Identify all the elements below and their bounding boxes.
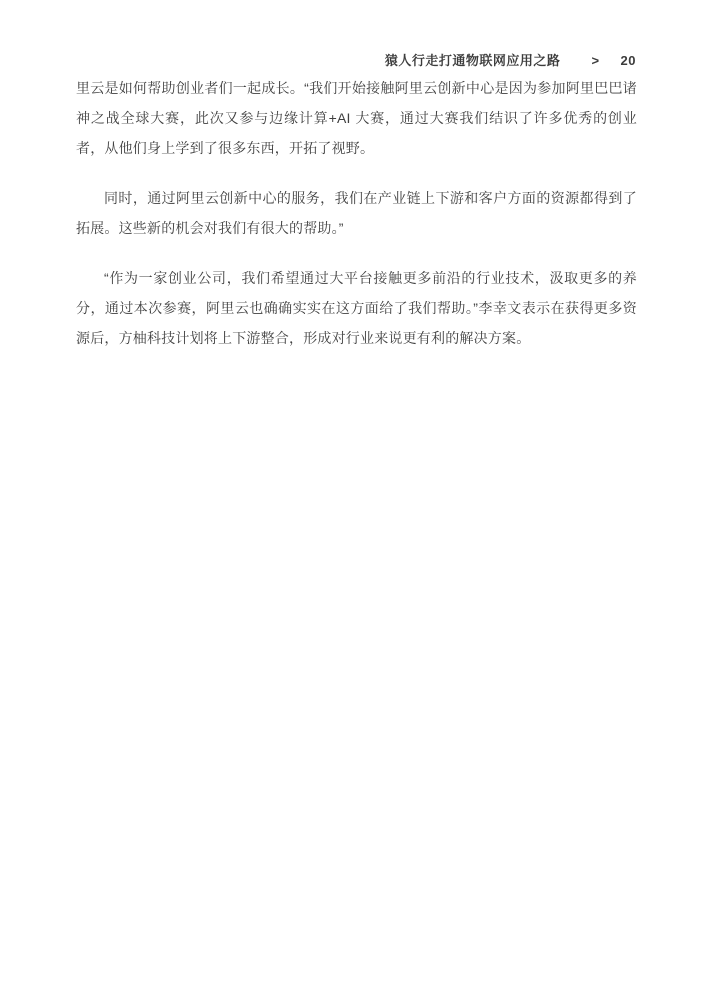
running-header-title: 猿人行走打通物联网应用之路 [385,50,561,69]
document-body: 里云是如何帮助创业者们一起成长。“我们开始接触阿里云创新中心是因为参加阿里巴巴诸… [76,73,637,373]
paragraph: 里云是如何帮助创业者们一起成长。“我们开始接触阿里云创新中心是因为参加阿里巴巴诸… [76,73,637,163]
paragraph: “作为一家创业公司，我们希望通过大平台接触更多前沿的行业技术，汲取更多的养分，通… [76,263,637,353]
running-header: 猿人行走打通物联网应用之路 > 20 [385,50,636,69]
page-number: 20 [621,53,636,68]
chevron-separator-icon: > [591,53,599,68]
paragraph: 同时，通过阿里云创新中心的服务，我们在产业链上下游和客户方面的资源都得到了拓展。… [76,183,637,243]
document-page: 猿人行走打通物联网应用之路 > 20 里云是如何帮助创业者们一起成长。“我们开始… [0,0,710,1004]
